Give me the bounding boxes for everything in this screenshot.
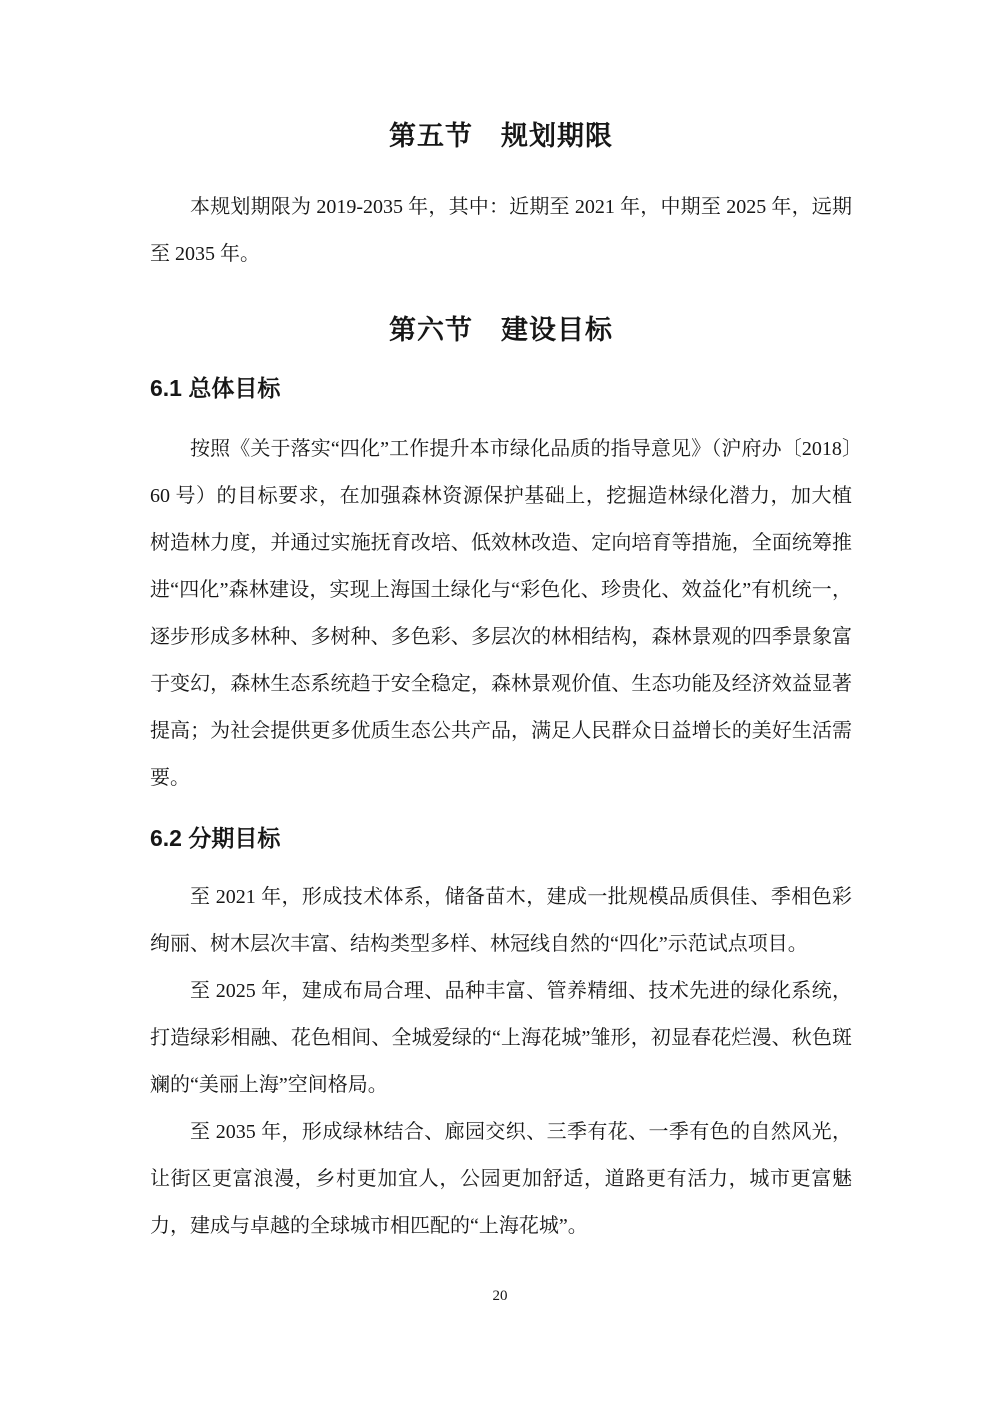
section-5-paragraph: 本规划期限为 2019-2035 年，其中：近期至 2021 年，中期至 202…	[150, 184, 852, 278]
page-number: 20	[0, 1288, 1000, 1305]
subsection-6-2-paragraph-2035: 至 2035 年，形成绿林结合、廊园交织、三季有花、一季有色的自然风光，让街区更…	[150, 1109, 852, 1250]
section-6-heading: 第六节 建设目标	[150, 312, 852, 348]
section-5-heading: 第五节 规划期限	[150, 118, 852, 154]
subsection-6-2-paragraph-2021: 至 2021 年，形成技术体系，储备苗木，建成一批规模品质俱佳、季相色彩绚丽、树…	[150, 874, 852, 968]
document-page: 第五节 规划期限 本规划期限为 2019-2035 年，其中：近期至 2021 …	[0, 0, 1000, 1414]
subsection-6-2-paragraph-2025: 至 2025 年，建成布局合理、品种丰富、管养精细、技术先进的绿化系统，打造绿彩…	[150, 968, 852, 1109]
subsection-6-2-heading: 6.2 分期目标	[150, 822, 852, 854]
subsection-6-1-paragraph: 按照《关于落实“四化”工作提升本市绿化品质的指导意见》（沪府办〔2018〕60 …	[150, 426, 852, 802]
subsection-6-1-heading: 6.1 总体目标	[150, 372, 852, 404]
